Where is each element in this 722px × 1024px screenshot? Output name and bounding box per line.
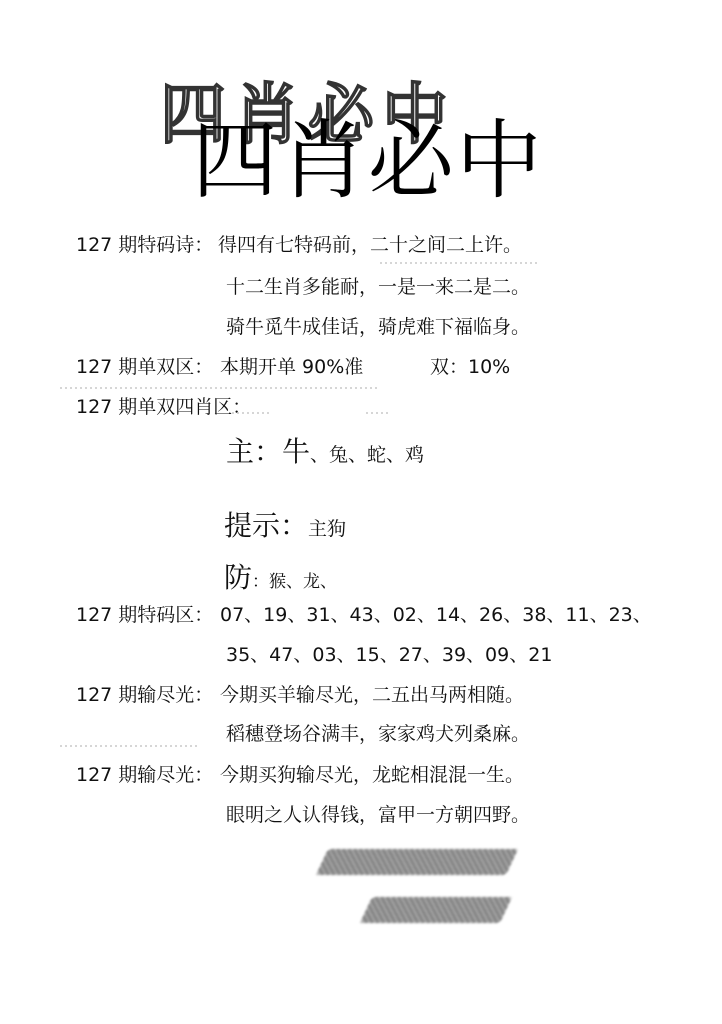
stamp-row-2 <box>360 897 512 923</box>
special-numbers-label: 127 期特码区： <box>76 606 213 625</box>
lose-all-2-label: 127 期输尽光： <box>76 766 213 785</box>
scan-artifact <box>60 387 380 389</box>
odd-prediction: 本期开单 90%准 <box>220 358 363 377</box>
poem-line-1: 得四有七特码前，二十之间二上许。 <box>218 236 522 255</box>
main-pick-first: 牛 <box>282 435 310 468</box>
odd-even-label: 127 期单双区： <box>76 358 213 377</box>
main-picks-label: 主： <box>226 435 282 468</box>
even-prediction: 双：10% <box>430 358 510 377</box>
poem-line-2: 十二生肖多能耐，一是一来二是二。 <box>226 278 530 297</box>
scan-artifact <box>380 262 540 264</box>
special-numbers-line-1: 07、19、31、43、02、14、26、38、11、23、 <box>220 606 652 625</box>
stamp-row-1 <box>316 849 518 875</box>
lose-all-1-line-2: 稻穗登场谷满丰，家家鸡犬列桑麻。 <box>226 725 530 744</box>
scan-artifact <box>232 412 272 414</box>
credit-stamp <box>318 845 518 930</box>
main-picks: 主：牛、兔、蛇、鸡 <box>226 430 424 470</box>
lose-all-2-line-2: 眼明之人认得钱，富甲一方朝四野。 <box>226 806 530 825</box>
poem-label: 127 期特码诗： <box>76 236 213 255</box>
guard-value: ：猴、龙、 <box>252 572 337 592</box>
special-numbers-line-2: 35、47、03、15、27、39、09、21 <box>226 646 552 665</box>
scan-artifact <box>366 412 388 414</box>
page-title: 四肖必中 <box>192 118 544 204</box>
lose-all-1-label: 127 期输尽光： <box>76 686 213 705</box>
hint-value: 主狗 <box>308 518 346 540</box>
poem-line-3: 骑牛觅牛成佳话，骑虎难下福临身。 <box>226 318 530 337</box>
hint: 提示：主狗 <box>224 504 346 544</box>
four-zodiac-label: 127 期单双四肖区： <box>76 398 251 417</box>
hint-label: 提示： <box>224 509 308 542</box>
lose-all-1-line-1: 今期买羊输尽光，二五出马两相随。 <box>220 686 524 705</box>
guard: 防：猴、龙、 <box>224 556 337 596</box>
lose-all-2-line-1: 今期买狗输尽光，龙蛇相混混一生。 <box>220 766 524 785</box>
scan-artifact <box>60 745 200 747</box>
main-picks-rest: 、兔、蛇、鸡 <box>310 444 424 466</box>
guard-label: 防 <box>224 561 252 594</box>
